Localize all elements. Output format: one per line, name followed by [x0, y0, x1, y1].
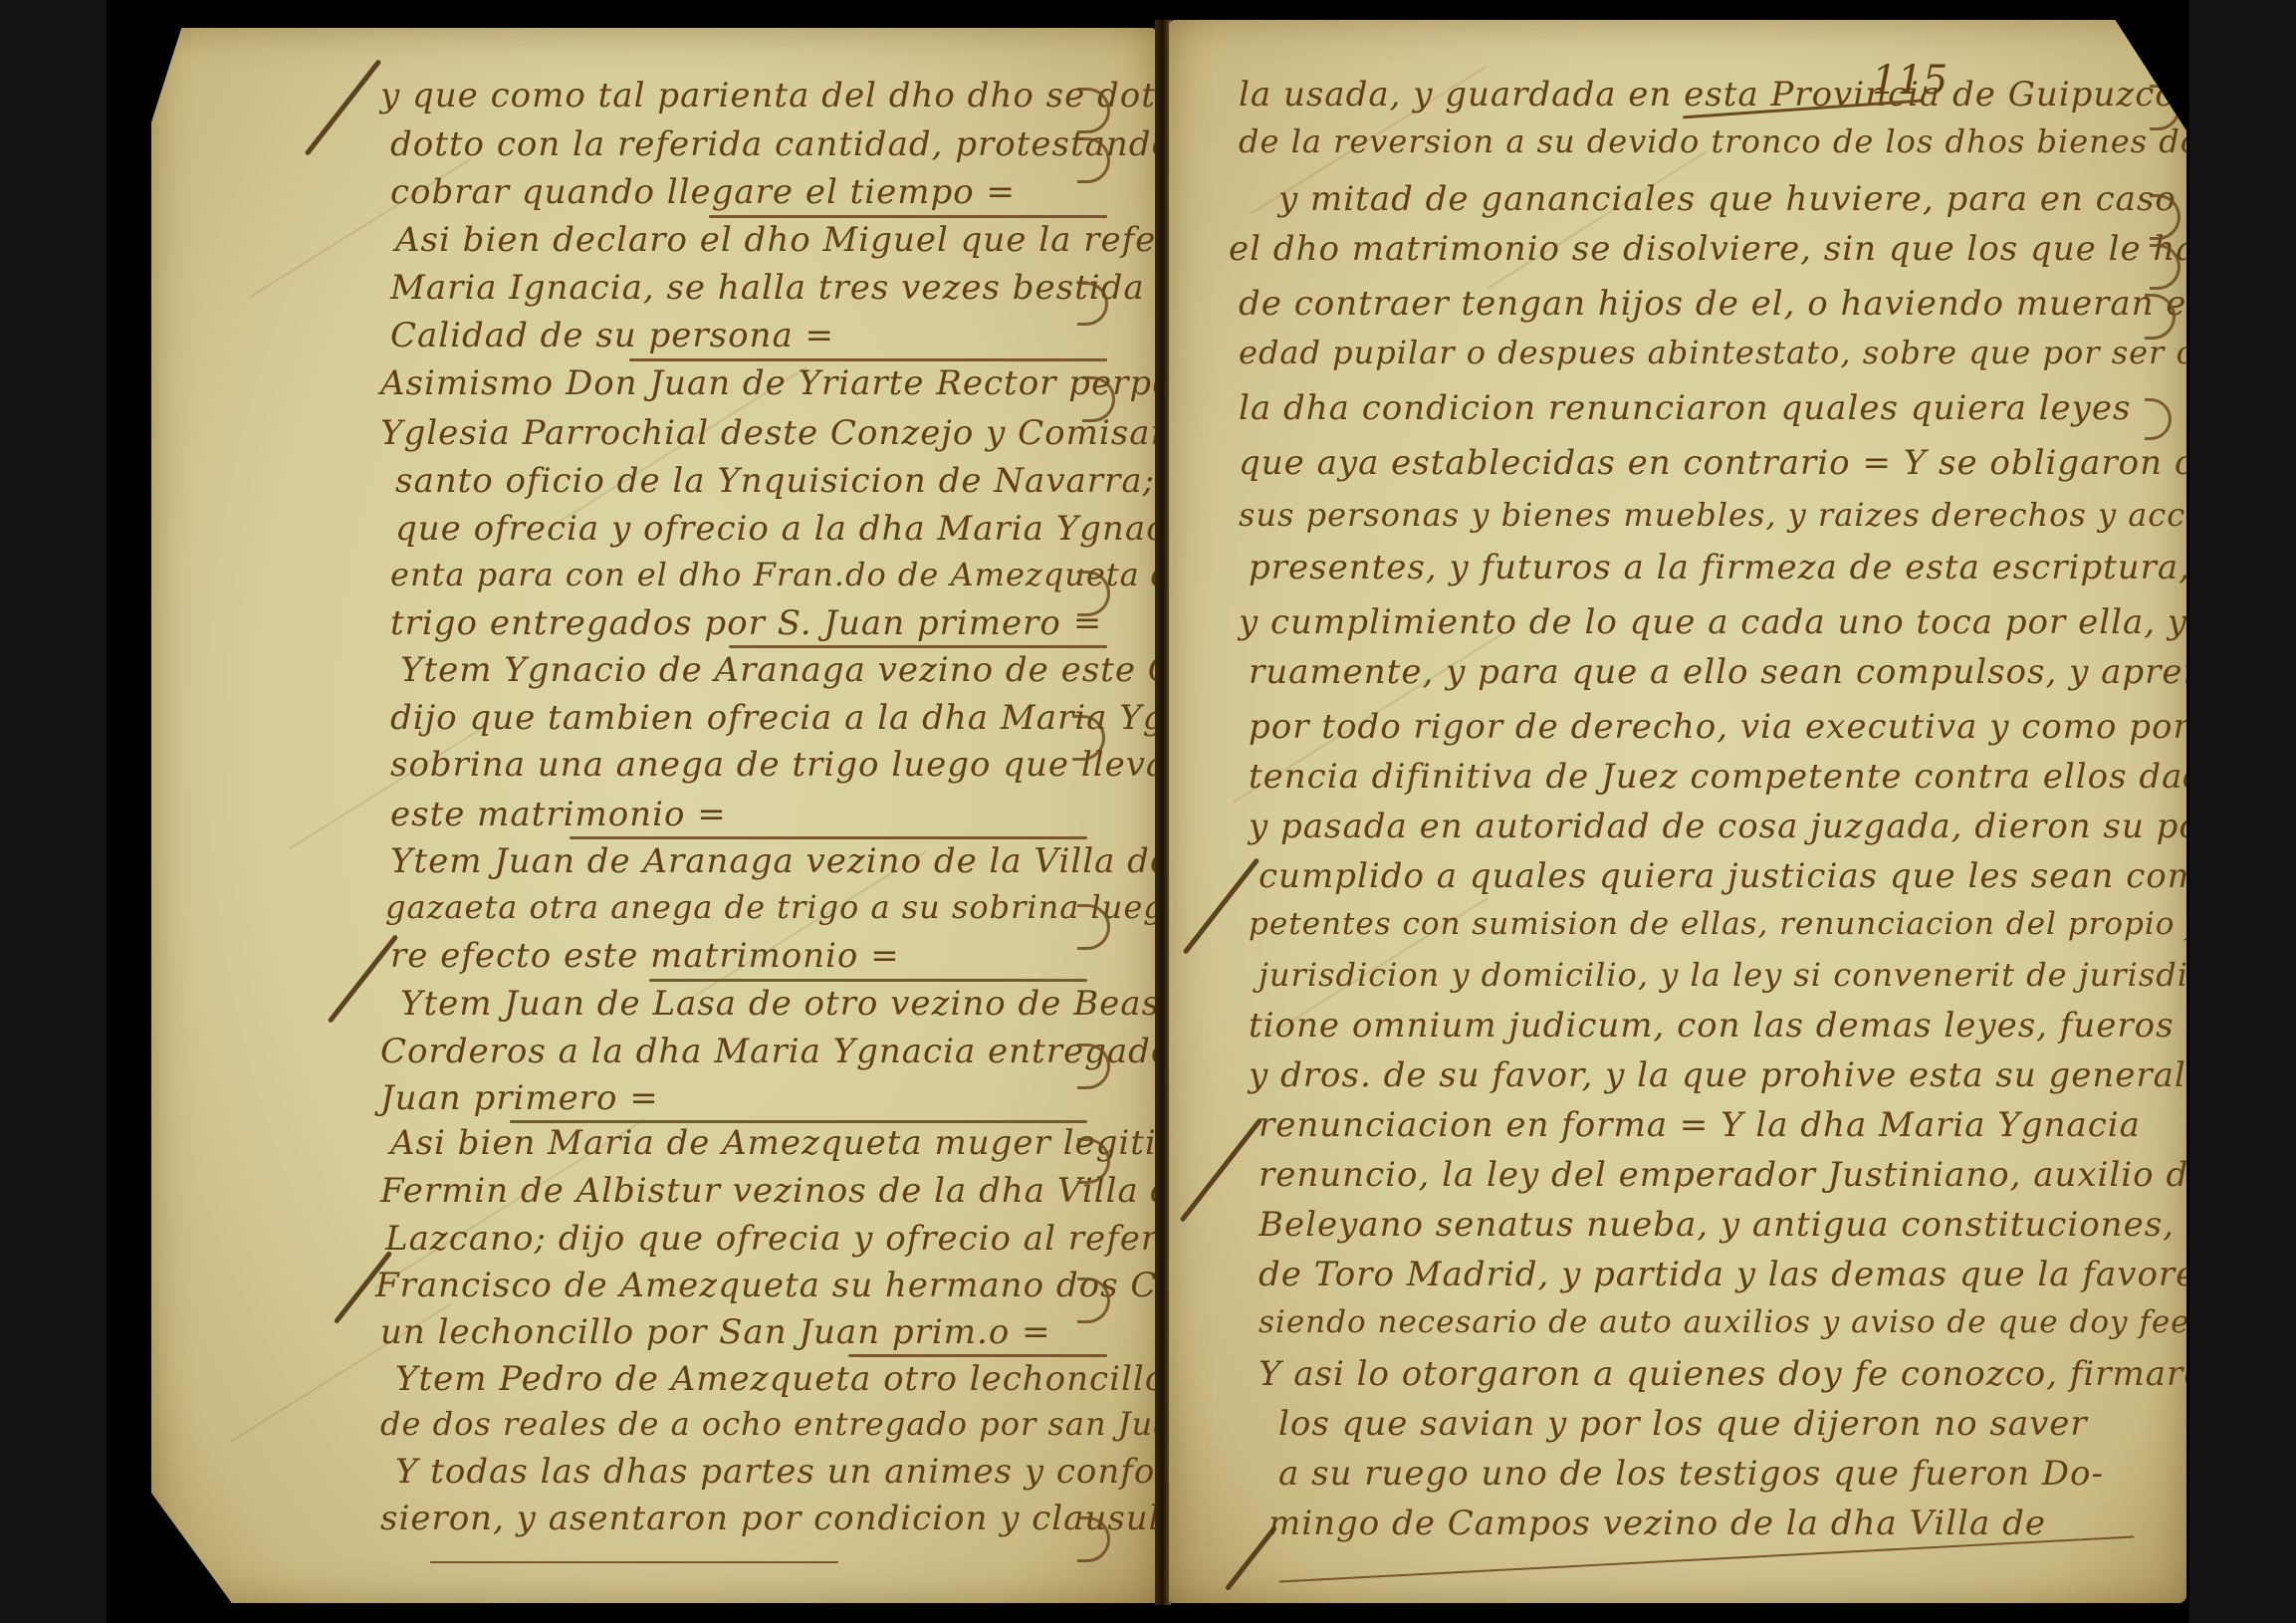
manuscript-line: la dha condicion renunciaron quales quie…: [1239, 388, 2131, 428]
manuscript-line: Asi bien Maria de Amezqueta muger legiti…: [390, 1123, 1266, 1163]
line-filler-rule: [709, 215, 1107, 218]
manuscript-line: este matrimonio =: [390, 795, 727, 834]
manuscript-line: edad pupilar o despues abintestato, sobr…: [1239, 334, 2289, 371]
manuscript-line: petentes con sumision de ellas, renuncia…: [1249, 906, 2284, 942]
folio-number: 115: [1872, 58, 1948, 104]
margin-stroke: [1225, 1525, 1277, 1591]
margin-stroke: [305, 59, 382, 156]
manuscript-line: renuncio, la ley del emperador Justinian…: [1259, 1155, 2221, 1195]
margin-stroke: [328, 934, 399, 1024]
manuscript-line: y cumplimiento de lo que a cada uno toca…: [1239, 602, 2255, 642]
manuscript-line: Yglesia Parrochial deste Conzejo y Comis…: [380, 413, 1268, 453]
manuscript-line: cumplido a quales quiera justicias que l…: [1259, 856, 2212, 896]
manuscript-line: tencia difinitiva de Juez competente con…: [1249, 757, 2226, 797]
manuscript-line: de la reversion a su devido tronco de lo…: [1239, 122, 2294, 160]
manuscript-line: y pasada en autoridad de cosa juzgada, d…: [1249, 807, 2261, 846]
manuscript-line: tione omnium judicum, con las demas leye…: [1249, 1006, 2175, 1045]
manuscript-line: sus personas y bienes muebles, y raizes …: [1239, 496, 2276, 534]
manuscript-line: ruamente, y para que a ello sean compuls…: [1249, 652, 2296, 692]
line-end-flourish: [2145, 398, 2172, 440]
line-filler-rule: [848, 1354, 1107, 1357]
manuscript-line: Fermin de Albistur vezinos de la dha Vil…: [380, 1171, 1194, 1211]
manuscript-line: mingo de Campos vezino de la dha Villa d…: [1268, 1504, 2046, 1543]
manuscript-line: jurisdicion y domicilio, y la ley si con…: [1259, 956, 2219, 994]
manuscript-line: cobrar quando llegare el tiempo =: [390, 172, 1016, 212]
line-filler-rule: [649, 979, 1087, 982]
manuscript-line: de Toro Madrid, y partida y las demas qu…: [1259, 1255, 2260, 1294]
manuscript-line: Asi bien declaro el dho Miguel que la re…: [395, 220, 1229, 260]
manuscript-line: un lechoncillo por San Juan prim.o =: [380, 1312, 1051, 1352]
manuscript-line: Ytem Juan de Aranaga vezino de la Villa …: [390, 841, 1285, 881]
manuscript-line: Calidad de su persona =: [390, 316, 834, 355]
manuscript-line: santo oficio de la Ynquisicion de Navarr…: [395, 461, 1235, 501]
manuscript-line: por todo rigor de derecho, via executiva…: [1249, 707, 2277, 747]
manuscript-line: los que savian y por los que dijeron no …: [1278, 1404, 2088, 1444]
manuscript-line: el dho matrimonio se disolviere, sin que…: [1229, 229, 2219, 269]
left-manuscript-page: y que como tal parienta del dho dho se d…: [151, 28, 1157, 1603]
line-filler-rule: [729, 645, 1107, 648]
manuscript-line: re efecto este matrimonio =: [390, 936, 900, 976]
manuscript-line: presentes, y futuros a la firmeza de est…: [1249, 548, 2290, 587]
closing-rule: [430, 1561, 838, 1563]
right-dark-band: [2189, 0, 2296, 1623]
line-filler-rule: [510, 1120, 1087, 1123]
line-filler-rule: [570, 836, 1087, 839]
manuscript-line: siendo necesario de auto auxilios y avis…: [1259, 1304, 2227, 1340]
line-filler-rule: [629, 358, 1107, 361]
margin-stroke: [1180, 1117, 1263, 1223]
manuscript-line: y mitad de gananciales que huviere, para…: [1278, 179, 2254, 219]
manuscript-line: a su ruego uno de los testigos que fuero…: [1278, 1454, 2104, 1494]
manuscript-line: y dros. de su favor, y la que prohive es…: [1249, 1055, 2186, 1095]
manuscript-line: la usada, y guardada en esta Provincia d…: [1239, 75, 2197, 115]
right-manuscript-page: la usada, y guardada en esta Provincia d…: [1169, 20, 2186, 1603]
manuscript-line: de contraer tengan hijos de el, o havien…: [1239, 284, 2209, 324]
manuscript-line: renunciacion en forma = Y la dha Maria Y…: [1259, 1105, 2141, 1145]
left-dark-band: [0, 0, 107, 1623]
manuscript-line: trigo entregados por S. Juan primero =: [390, 603, 1102, 643]
manuscript-line: Y asi lo otorgaron a quienes doy fe cono…: [1259, 1354, 2228, 1394]
book-gutter: [1155, 20, 1171, 1605]
manuscript-line: Beleyano senatus nueba, y antigua consti…: [1259, 1205, 2279, 1245]
manuscript-line: Juan primero =: [380, 1078, 659, 1118]
manuscript-line: que aya establecidas en contrario = Y se…: [1239, 443, 2238, 483]
manuscript-line: Lazcano; dijo que ofrecia y ofrecio al r…: [385, 1219, 1214, 1259]
